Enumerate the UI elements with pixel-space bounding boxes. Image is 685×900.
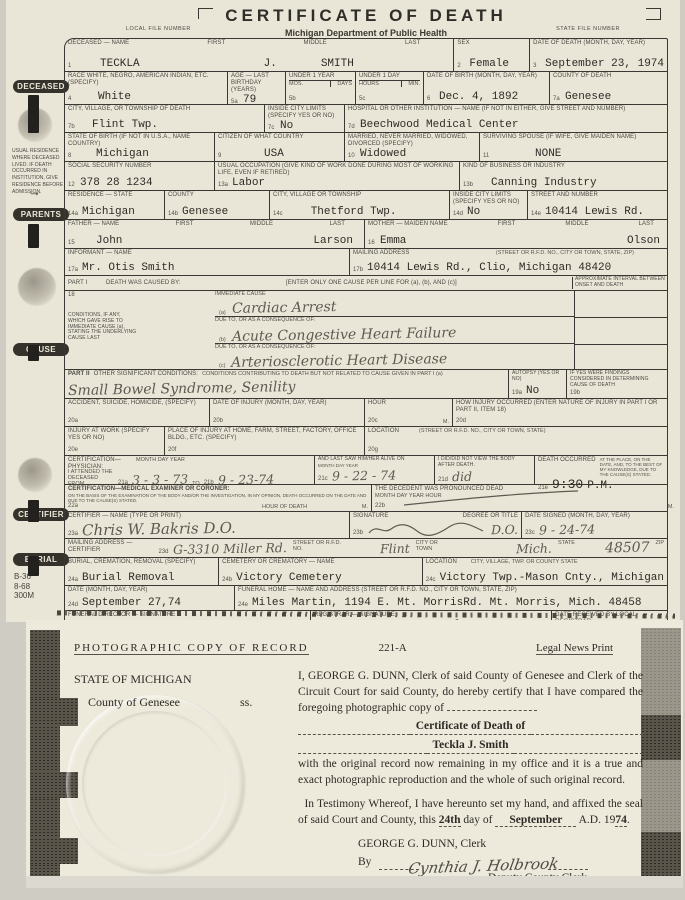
degree-label: DEGREE OR TITLE: [463, 513, 518, 520]
mother-last-value: Olson: [627, 235, 660, 247]
residence-state-value: Michigan: [82, 206, 135, 218]
field-citizen: CITIZEN OF WHAT COUNTRY 9USA: [215, 133, 345, 161]
pen-stroke: [402, 489, 582, 507]
part2-label: PART II: [68, 371, 90, 377]
field-certifier-signature: SIGNATUREDEGREE OR TITLE 23b D.O.: [350, 512, 522, 538]
cause-section-badge: CAUSE: [13, 343, 69, 356]
field-number: 6: [427, 96, 435, 102]
field-city-of-death: CITY, VILLAGE, OR TOWNSHIP OF DEATH 7bFl…: [65, 105, 265, 132]
field-number: 7c: [268, 125, 276, 131]
caused-by-label: DEATH WAS CAUSED BY:: [106, 280, 286, 287]
last-saw-alive-value: 9 - 22 - 74: [332, 467, 396, 483]
field-marital-status: MARRIED, NEVER MARRIED, WIDOWED, DIVORCE…: [345, 133, 480, 161]
certificate-of-death-of: Certificate of Death of: [410, 718, 532, 735]
field-number: 21c: [318, 476, 328, 482]
field-findings: IF YES WERE FINDINGS CONSIDERED IN DETER…: [567, 370, 667, 398]
photo-border-block: [641, 715, 681, 760]
field-label: RESIDENCE — STATE: [68, 192, 161, 199]
field-last-saw-alive: AND LAST SAW HIM/HER ALIVE ON MONTH DAY …: [315, 456, 435, 484]
field-label: DATE OF INJURY (MONTH, DAY, YEAR): [213, 400, 361, 407]
field-cemetery: CEMETERY OR CREMATORY — NAME 24bVictory …: [219, 558, 423, 585]
sub-label: STATE: [558, 540, 575, 546]
field-label: STATE OF BIRTH (IF NOT IN U.S.A., NAME C…: [68, 134, 211, 148]
residence-inside-limits-value: No: [467, 206, 480, 218]
informant-mailing-value: 10414 Lewis Rd., Clio, Michigan 48420: [367, 262, 611, 274]
field-other-conditions: PART IIOTHER SIGNIFICANT CONDITIONS:COND…: [65, 370, 509, 398]
field-number: 20d: [456, 418, 466, 424]
field-label: IF YES WERE FINDINGS CONSIDERED IN DETER…: [570, 371, 664, 388]
county-of-death-value: Genesee: [565, 91, 611, 103]
field-label: MAILING ADDRESS — CERTIFIER: [68, 540, 153, 554]
marital-status-value: Widowed: [360, 148, 406, 160]
field-number: 24a: [68, 577, 78, 583]
other-conditions-value: Small Bowel Syndrome, Senility: [68, 379, 296, 399]
field-number: 19a: [512, 390, 522, 396]
sub-label: MIDDLE: [565, 221, 588, 228]
field-label: UNDER 1 DAY: [359, 73, 420, 80]
field-number: 24c: [426, 577, 436, 583]
sex-value: Female: [469, 58, 509, 70]
sub-label: STREET OR R.F.D. NO.: [293, 540, 344, 552]
local-file-number-label: LOCAL FILE NUMBER: [126, 26, 191, 32]
field-label: PLACE OF INJURY AT HOME, FARM, STREET, F…: [168, 428, 361, 442]
field-number: 20c: [368, 418, 378, 424]
field-state-of-birth: STATE OF BIRTH (IF NOT IN U.S.A., NAME C…: [65, 133, 215, 161]
photo-edge-mark: [28, 500, 39, 522]
field-number: 17b: [353, 267, 363, 273]
interval-column: [574, 291, 667, 369]
cause-line-a: (a)Cardiac Arrest: [215, 297, 574, 317]
clerk-name-line: GEORGE G. DUNN, Clerk: [358, 836, 643, 852]
photo-edge-mark: [28, 224, 39, 248]
occupation-value: Labor: [232, 177, 265, 189]
funeral-home-value: Miles Martin, 1194 E. Mt. MorrisRd. Mt. …: [252, 597, 641, 609]
field-label: I DID/DID NOT VIEW THE BODY AFTER DEATH.: [438, 457, 531, 469]
field-label: USUAL OCCUPATION (GIVE KIND OF WORK DONE…: [218, 163, 456, 177]
field-label: HOW INJURY OCCURRED (ENTER NATURE OF INJ…: [456, 400, 664, 414]
field-number: 5c: [359, 96, 367, 102]
field-date-of-birth: DATE OF BIRTH (MONTH, DAY, YEAR) 6Dec. 4…: [424, 72, 550, 104]
field-label: DATE (MONTH, DAY, YEAR): [68, 587, 231, 594]
cause-lines: IMMEDIATE CAUSE (a)Cardiac Arrest DUE TO…: [215, 291, 574, 369]
field-number: 14a: [68, 211, 78, 217]
meridiem-label: M.: [443, 419, 449, 425]
field-number: 22a: [68, 503, 78, 509]
field-label: ACCIDENT, SUICIDE, HOMICIDE, (SPECIFY): [68, 400, 206, 407]
field-number: 14d: [453, 211, 463, 217]
field-date-signed: DATE SIGNED (MONTH, DAY, YEAR) 23c9 - 24…: [522, 512, 650, 538]
field-label: INJURY AT WORK (SPECIFY YES OR NO): [68, 428, 161, 442]
ss-label: ss.: [240, 695, 252, 710]
field-county-of-death: COUNTY OF DEATH 7aGenesee: [550, 72, 667, 104]
field-label: SOCIAL SECURITY NUMBER: [68, 163, 211, 170]
certifier-street-value: G-3310 Miller Rd.: [173, 540, 287, 557]
field-label: INFORMANT — NAME: [68, 250, 346, 257]
field-label: FUNERAL HOME — NAME AND ADDRESS (STREET …: [238, 587, 664, 594]
photo-edge-mark: [28, 95, 39, 133]
field-label: DECEASED — NAME: [68, 40, 129, 47]
field-autopsy: AUTOPSY (YES OR NO) 19aNo: [509, 370, 567, 398]
field-number: 23d: [159, 549, 168, 555]
field-label: CITY, VILLAGE, OR TOWNSHIP OF DEATH: [68, 106, 261, 113]
certification-paragraph-1: I, GEORGE G. DUNN, Clerk of said County …: [298, 668, 643, 716]
form-code-line: 8-68: [14, 582, 34, 592]
certification-paragraph-3: In Testimony Whereof, I have hereunto se…: [298, 796, 643, 828]
field-label: UNDER 1 YEAR: [289, 73, 352, 80]
field-number: 15: [68, 240, 76, 246]
form-code: B-36 8-68 300M: [14, 572, 34, 601]
year-value: 74: [615, 814, 627, 827]
field-label: CEMETERY OR CREMATORY — NAME: [222, 559, 419, 566]
sub-label: (STREET OR R.F.D. NO., CITY OR TOWN, STA…: [496, 250, 634, 257]
part1-side: 18 CONDITIONS, IF ANY, WHICH GAVE RISE T…: [65, 291, 215, 369]
field-number: 14b: [168, 211, 178, 217]
field-number: 24d: [68, 602, 78, 608]
field-ssn: SOCIAL SECURITY NUMBER 12378 28 1234: [65, 162, 215, 190]
degree-value: D.O.: [491, 522, 518, 537]
field-number: 5a: [231, 99, 239, 105]
by-line: By Cynthia J. Holbrook: [358, 854, 643, 870]
field-number: 20g: [368, 447, 378, 453]
field-residence-inside-limits: INSIDE CITY LIMITS (SPECIFY YES OR NO) 1…: [450, 191, 528, 219]
sub-label: MIDDLE: [303, 40, 326, 47]
field-number: 24e: [238, 602, 248, 608]
death-certificate-form: DECEASED — NAMEFIRSTMIDDLELAST 1TECKLAJ.…: [64, 38, 668, 636]
field-label: SIGNATURE: [353, 513, 388, 520]
first-name-value: TECKLA: [100, 58, 140, 70]
field-label: RACE WHITE, NEGRO, AMERICAN INDIAN, ETC.…: [68, 73, 224, 87]
field-number: 17a: [68, 267, 78, 273]
field-residence-city: CITY, VILLAGE OR TOWNSHIP 14cThetford Tw…: [270, 191, 450, 219]
hour-of-death-label: HOUR OF DEATH: [262, 504, 307, 510]
date-of-birth-value: Dec. 4, 1892: [439, 91, 518, 103]
burial-section-badge: BURIAL: [13, 553, 69, 566]
examiner-body-text: ON THE BASIS OF THE EXAMINATION OF THE B…: [68, 493, 368, 503]
field-inside-city-limits: INSIDE CITY LIMITS (SPECIFY YES OR NO) 7…: [265, 105, 345, 132]
photo-border-tab: [30, 698, 78, 726]
certificate-paper: CERTIFICATE OF DEATH Michigan Department…: [6, 0, 680, 622]
field-age: AGE — LAST BIRTHDAY (YEARS) 5a79: [228, 72, 286, 104]
sub-label: CITY OR TOWN: [416, 540, 451, 552]
field-number: 13a: [218, 182, 228, 188]
ssn-value: 378 28 1234: [80, 177, 153, 189]
field-label: HOSPITAL OR OTHER INSTITUTION — NAME (IF…: [348, 106, 664, 113]
sub-label: LAST: [639, 221, 654, 228]
field-number: 12: [68, 182, 76, 188]
field-sex: SEX 2Female: [454, 39, 530, 71]
residence-city-value: Thetford Twp.: [311, 206, 397, 218]
field-father-name: FATHER — NAMEFIRSTMIDDLELAST 15JohnLarso…: [65, 220, 365, 248]
field-burial-type: BURIAL, CREMATION, REMOVAL (SPECIFY) 24a…: [65, 558, 219, 585]
field-date-of-death: DATE OF DEATH (MONTH, DAY, YEAR) 3Septem…: [530, 39, 667, 71]
death-occurred-note: AT THE PLACE, ON THE DATE, AND, TO THE B…: [600, 457, 664, 477]
certification-paragraph-2: with the original record now remaining i…: [298, 756, 643, 788]
field-label: INSIDE CITY LIMITS (SPECIFY YES OR NO): [268, 106, 341, 120]
field-label: AUTOPSY (YES OR NO): [512, 371, 563, 383]
field-date-of-injury: DATE OF INJURY (MONTH, DAY, YEAR) 20b: [210, 399, 365, 426]
field-pronounced-dead: THE DECEDENT WAS PRONOUNCED DEAD MONTH D…: [372, 485, 677, 511]
field-physician-attended: CERTIFICATION— PHYSICIAN:MONTH DAY YEAR …: [65, 456, 315, 484]
field-label: INSIDE CITY LIMITS (SPECIFY YES OR NO): [453, 192, 524, 206]
field-label: STREET AND NUMBER: [531, 192, 664, 199]
field-residence-street: STREET AND NUMBER 14e10414 Lewis Rd.: [528, 191, 667, 219]
other-conditions-label: OTHER SIGNIFICANT CONDITIONS:: [94, 371, 198, 378]
conditions-note: CONDITIONS, IF ANY, WHICH GAVE RISE TO I…: [68, 313, 138, 342]
inside-city-limits-value: No: [280, 120, 293, 132]
field-surviving-spouse: SURVIVING SPOUSE (IF WIFE, GIVE MAIDEN N…: [480, 133, 667, 161]
surviving-spouse-value: NONE: [535, 148, 561, 160]
photo-border-block: [641, 832, 681, 880]
informant-value: Mr. Otis Smith: [82, 262, 174, 274]
field-accident-suicide: ACCIDENT, SUICIDE, HOMICIDE, (SPECIFY) 2…: [65, 399, 210, 426]
state-file-number-label: STATE FILE NUMBER: [556, 26, 620, 32]
notary-seal-stamp: [18, 268, 56, 306]
cause-line-b: (b)Acute Congestive Heart Failure: [215, 323, 574, 343]
one-cause-note: [ENTER ONLY ONE CAUSE PER LINE FOR (a), …: [286, 280, 572, 287]
state-of-michigan-label: STATE OF MICHIGAN: [74, 672, 284, 687]
scan-bottom-margin: [26, 876, 683, 888]
field-number: 20e: [68, 447, 78, 453]
field-label: LOCATION: [426, 559, 457, 566]
line-letter: (c): [219, 363, 225, 369]
meridiem-label: M.: [362, 504, 368, 510]
certifier-state-value: Mich.: [516, 541, 552, 557]
field-viewed-body: I DID/DID NOT VIEW THE BODY AFTER DEATH.…: [435, 456, 535, 484]
field-occupation: USUAL OCCUPATION (GIVE KIND OF WORK DONE…: [215, 162, 460, 190]
field-number: 4: [68, 96, 76, 102]
field-examiner-certification: CERTIFICATION—MEDICAL EXAMINER OR CORONE…: [65, 485, 372, 511]
citizen-value: USA: [264, 148, 284, 160]
field-residence-county: COUNTY 14bGenesee: [165, 191, 270, 219]
field-number: 2: [457, 63, 465, 69]
embossed-county-seal: [66, 695, 244, 873]
field-injury-location: LOCATION(STREET OR R.F.D. NO., CITY OR T…: [365, 427, 667, 455]
deceased-section-badge: DECEASED: [13, 80, 69, 93]
field-number: 8: [68, 153, 76, 159]
field-number: 11: [483, 153, 491, 159]
certifier-signature-scrawl: [367, 521, 487, 537]
sub-label: CITY, VILLAGE, TWP. OR COUNTY STATE: [471, 559, 578, 566]
hospital-value: Beechwood Medical Center: [360, 119, 518, 131]
field-number: 19b: [570, 390, 580, 396]
last-name-value: SMITH: [321, 58, 354, 70]
venue-block: STATE OF MICHIGAN County of Geneseess.: [74, 672, 284, 710]
sub-label: FIRST: [498, 221, 516, 228]
father-first-value: John: [96, 235, 122, 247]
field-label: CITY, VILLAGE OR TOWNSHIP: [273, 192, 446, 199]
field-how-injury: HOW INJURY OCCURRED (ENTER NATURE OF INJ…: [453, 399, 667, 426]
field-number: 14c: [273, 211, 283, 217]
mother-first-value: Emma: [380, 235, 406, 247]
due-to-cause-value: Acute Congestive Heart Failure: [232, 325, 457, 345]
city-of-death-value: Flint Twp.: [92, 119, 158, 131]
race-value: White: [98, 91, 131, 103]
field-label: MAILING ADDRESS: [353, 250, 410, 257]
field-place-of-injury: PLACE OF INJURY AT HOME, FARM, STREET, F…: [165, 427, 365, 455]
field-label: MARRIED, NEVER MARRIED, WIDOWED, DIVORCE…: [348, 134, 476, 148]
certification-text: I, GEORGE G. DUNN, Clerk of said County …: [298, 668, 643, 886]
autopsy-value: No: [526, 385, 539, 397]
field-number: 21d: [438, 477, 448, 483]
by-label: By: [358, 854, 371, 870]
field-number: 13b: [463, 182, 473, 188]
photocopy-title: PHOTOGRAPHIC COPY OF RECORD: [74, 642, 309, 655]
field-residence-state: RESIDENCE — STATE 14aMichigan: [65, 191, 165, 219]
sub-label: ZIP: [655, 540, 664, 546]
certificate-of-death-line: Certificate of Death of: [298, 718, 643, 735]
notary-seal-stamp: [18, 458, 52, 492]
field-under-1-day: UNDER 1 DAY HOURSMIN. 5c: [356, 72, 424, 104]
field-number: 20a: [68, 418, 78, 424]
field-number: 22b: [375, 503, 385, 509]
field-certifier-name: CERTIFIER — NAME (TYPE OR PRINT) 23aChri…: [65, 512, 350, 538]
field-industry: KIND OF BUSINESS OR INDUSTRY 13bCanning …: [460, 162, 667, 190]
field-label: HOUR: [368, 400, 449, 407]
underlying-cause-value: Arteriosclerotic Heart Disease: [231, 351, 447, 371]
photo-border-tab: [30, 838, 78, 864]
field-informant: INFORMANT — NAME 17aMr. Otis Smith: [65, 249, 350, 275]
cause-line-c: (c)Arteriosclerotic Heart Disease: [215, 350, 574, 369]
certifier-name-value: Chris W. Bakris D.O.: [82, 519, 236, 540]
field-number: 23a: [68, 531, 78, 537]
part1-label: PART I: [65, 280, 106, 287]
field-burial-date: DATE (MONTH, DAY, YEAR) 24dSeptember 27,…: [65, 586, 235, 610]
field-number: 24b: [222, 577, 232, 583]
month-value: September: [495, 814, 576, 827]
field-number: 14e: [531, 211, 541, 217]
field-number: 5b: [289, 96, 297, 102]
industry-value: Canning Industry: [491, 177, 597, 189]
burial-date-value: September 27,74: [82, 597, 181, 609]
field-number: 7b: [68, 124, 76, 130]
line-letter: (a): [219, 310, 226, 316]
field-number: 23c: [525, 530, 535, 536]
field-under-1-year: UNDER 1 YEAR MOS.DAYS 5b: [286, 72, 356, 104]
field-number: 7a: [553, 96, 561, 102]
scanned-death-certificate: CERTIFICATE OF DEATH Michigan Department…: [0, 0, 685, 900]
residence-county-value: Genesee: [182, 206, 228, 218]
certifier-city-value: Flint: [380, 541, 410, 557]
field-label: DATE OF BIRTH (MONTH, DAY, YEAR): [427, 73, 546, 80]
sub-label: FIRST: [207, 40, 225, 47]
sub-label: LAST: [405, 40, 420, 47]
field-number: 16: [368, 240, 376, 246]
decedent-name: Teckla J. Smith: [427, 737, 515, 754]
field-deceased-name: DECEASED — NAMEFIRSTMIDDLELAST 1TECKLAJ.…: [65, 39, 454, 71]
age-value: 79: [243, 94, 256, 106]
field-label: DATE SIGNED (MONTH, DAY, YEAR): [525, 513, 647, 520]
photo-edge-mark: [28, 556, 39, 576]
field-injury-hour: HOUR 20cM.: [365, 399, 453, 426]
residence-street-value: 10414 Lewis Rd.: [545, 206, 644, 218]
field-injury-at-work: INJURY AT WORK (SPECIFY YES OR NO) 20e: [65, 427, 165, 455]
line-letter: (b): [219, 337, 226, 343]
field-number: 23b: [353, 530, 363, 536]
field-label: COUNTY: [168, 192, 266, 199]
certifier-section-badge: CERTIFIER: [13, 508, 69, 521]
sub-label: FIRST: [176, 221, 194, 228]
field-number: 20b: [213, 418, 223, 424]
date-signed-value: 9 - 24-74: [539, 522, 595, 538]
certificate-header: CERTIFICATE OF DEATH Michigan Department…: [66, 6, 666, 38]
burial-type-value: Burial Removal: [82, 572, 174, 584]
decedent-name-line: Teckla J. Smith: [298, 737, 643, 754]
printer-credit: Legal News Print: [536, 642, 613, 655]
field-death-hour: DEATH OCCURREDAT THE PLACE, ON THE DATE,…: [535, 456, 667, 484]
burial-location-value: Victory Twp.-Mason Cnty., Michigan: [440, 572, 664, 584]
day-value: 24th: [439, 814, 461, 827]
field-label: KIND OF BUSINESS OR INDUSTRY: [463, 163, 664, 170]
parents-section-badge: PARENTS: [13, 208, 69, 221]
field-burial-location: LOCATIONCITY, VILLAGE, TWP. OR COUNTY ST…: [423, 558, 667, 585]
father-last-value: Larson: [313, 235, 353, 247]
sub-label: LAST: [330, 221, 345, 228]
middle-name-value: J.: [264, 58, 277, 70]
field-label: SEX: [457, 40, 526, 47]
field-hospital: HOSPITAL OR OTHER INSTITUTION — NAME (IF…: [345, 105, 667, 132]
photocopy-form-number: 221-A: [379, 642, 407, 655]
viewed-body-value: did: [452, 468, 472, 483]
sub-label: MIDDLE: [250, 221, 273, 228]
field-label: BURIAL, CREMATION, REMOVAL (SPECIFY): [68, 559, 215, 566]
photocopy-header: PHOTOGRAPHIC COPY OF RECORD 221-A Legal …: [74, 642, 613, 655]
immediate-cause-value: Cardiac Arrest: [232, 299, 337, 317]
field-certifier-mailing: MAILING ADDRESS — CERTIFIER 23d G-3310 M…: [65, 539, 667, 557]
field-number: 10: [348, 153, 356, 159]
field-label: CITIZEN OF WHAT COUNTRY: [218, 134, 341, 141]
field-informant-mailing: MAILING ADDRESS(STREET OR R.F.D. NO., CI…: [350, 249, 667, 275]
field-number: 18: [68, 292, 76, 298]
field-number: 20f: [168, 447, 176, 453]
field-label: FATHER — NAME: [68, 221, 119, 228]
field-number: 3: [533, 63, 541, 69]
cemetery-value: Victory Cemetery: [236, 572, 342, 584]
state-of-birth-value: Michigan: [96, 148, 149, 160]
field-number: 7d: [348, 124, 356, 130]
meridiem-label: M.: [668, 504, 674, 510]
field-label: COUNTY OF DEATH: [553, 73, 664, 80]
field-funeral-home: FUNERAL HOME — NAME AND ADDRESS (STREET …: [235, 586, 667, 610]
date-of-death-value: September 23, 1974: [545, 58, 664, 70]
sub-label: (STREET OR R.F.D. NO., CITY OR TOWN, STA…: [419, 428, 546, 435]
examiner-label: CERTIFICATION—MEDICAL EXAMINER OR CORONE…: [68, 486, 230, 492]
form-code-line: 300M: [14, 591, 34, 601]
death-occurred-label: DEATH OCCURRED: [538, 457, 596, 477]
certificate-title: CERTIFICATE OF DEATH: [66, 6, 666, 26]
other-conditions-note: CONDITIONS CONTRIBUTING TO DEATH BUT NOT…: [202, 371, 443, 378]
field-mother-name: MOTHER — MAIDEN NAMEFIRSTMIDDLELAST 16Em…: [365, 220, 667, 248]
field-number: 9: [218, 153, 226, 159]
interval-label: APPROXIMATE INTERVAL BETWEEN ONSET AND D…: [572, 277, 667, 289]
field-label: DATE OF DEATH (MONTH, DAY, YEAR): [533, 40, 664, 47]
field-race: RACE WHITE, NEGRO, AMERICAN INDIAN, ETC.…: [65, 72, 228, 104]
field-label: MOTHER — MAIDEN NAME: [368, 221, 448, 228]
county-label: County of Genesee: [88, 695, 180, 710]
field-number: 1: [68, 63, 76, 69]
photocopy-certification-page: PHOTOGRAPHIC COPY OF RECORD 221-A Legal …: [26, 620, 683, 888]
field-label: AGE — LAST BIRTHDAY (YEARS): [231, 73, 282, 94]
field-label: LOCATION: [368, 428, 399, 435]
photo-edge-mark: [28, 345, 39, 361]
field-label: SURVIVING SPOUSE (IF WIFE, GIVE MAIDEN N…: [483, 134, 664, 141]
residence-arrow-icon: →: [28, 184, 41, 199]
certifier-zip-value: 48507: [605, 540, 650, 557]
